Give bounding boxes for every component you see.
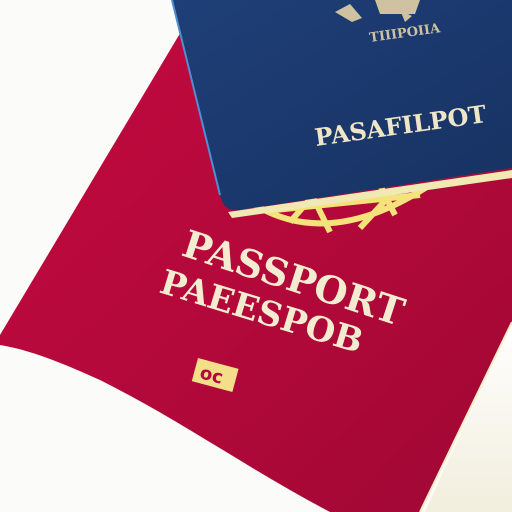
passport-photo: PASSPORT PAEESPOB oc TIIIPOIIA PASAFILPO… — [0, 0, 512, 512]
